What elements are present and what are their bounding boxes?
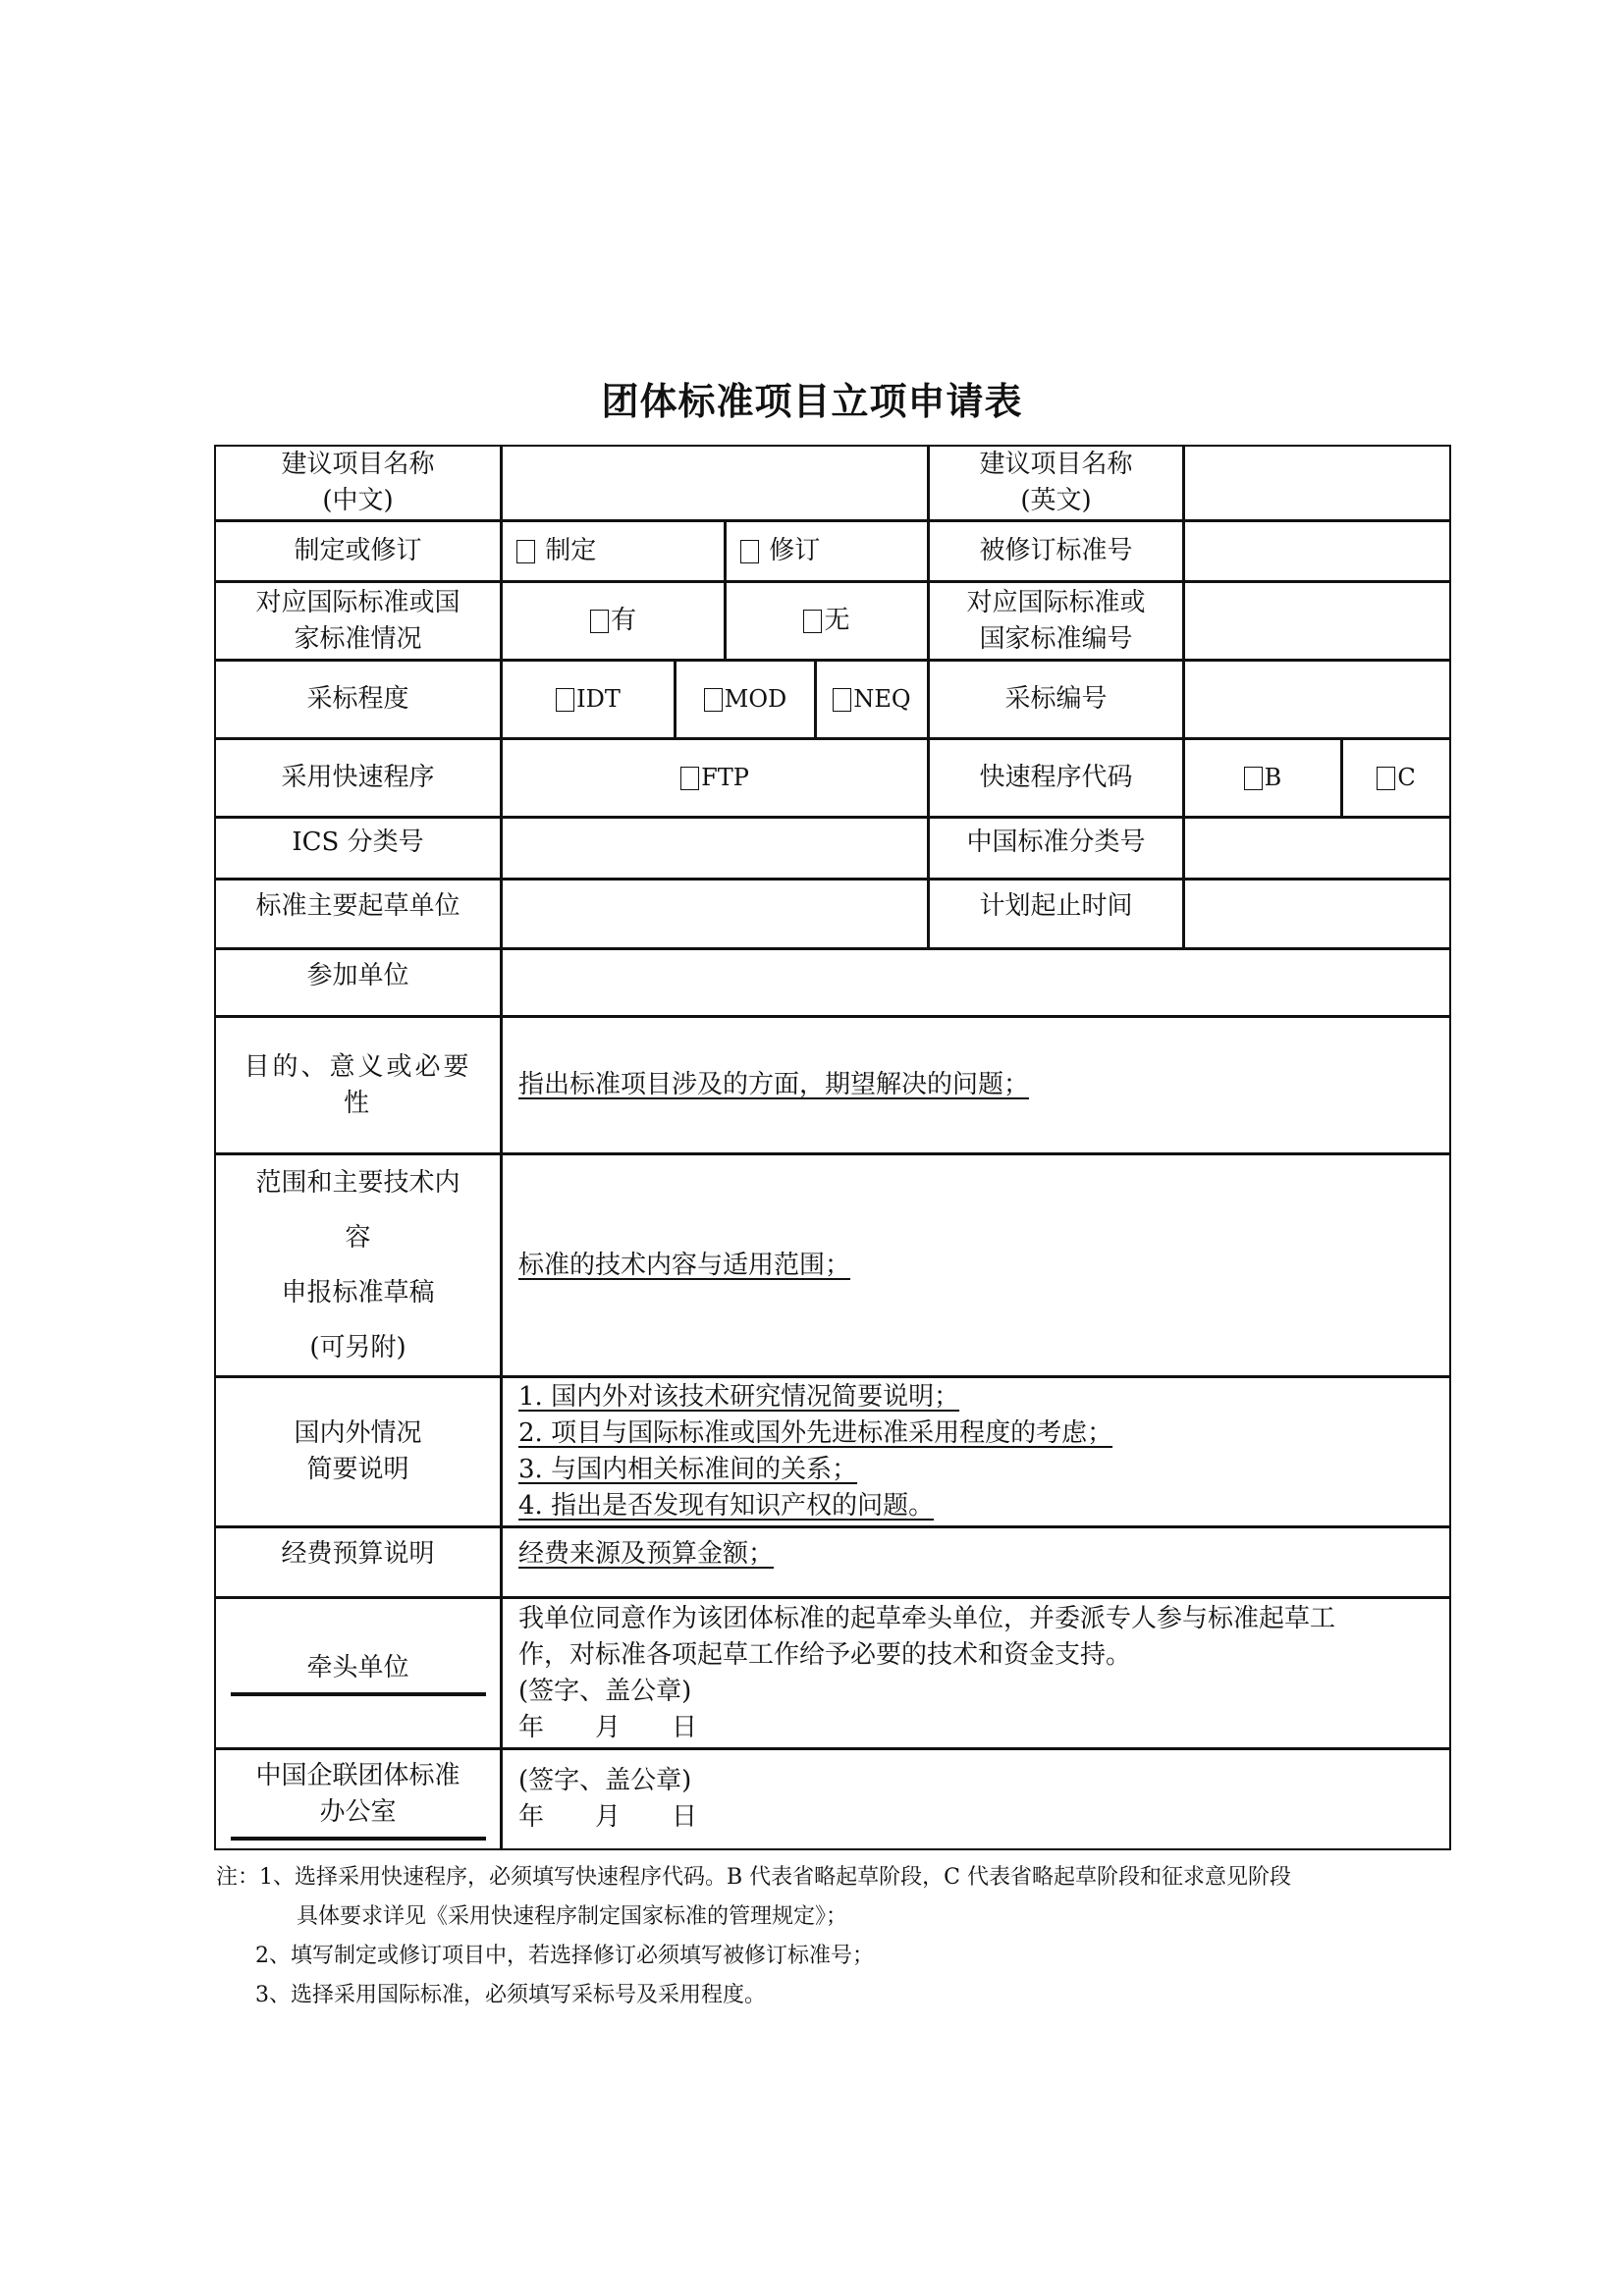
label-line: 申报标准草稿: [281, 1265, 434, 1320]
label-intl-standard: 对应国际标准或国 家标准情况: [214, 581, 502, 661]
checkbox-no-intl[interactable]: 无: [725, 581, 929, 661]
note-line: 2、填写制定或修订项目中，若选择修订必须填写被修订标准号；: [216, 1937, 1291, 1976]
signature-seal-label: (签字、盖公章): [518, 1674, 691, 1710]
situation-item: 3. 与国内相关标准间的关系；: [518, 1452, 857, 1488]
footnotes: 注：1、选择采用快速程序，必须填写快速程序代码。B 代表省略起草阶段，C 代表省…: [216, 1858, 1291, 2015]
label-office: 中国企联团体标准 办公室: [214, 1748, 502, 1850]
checkbox-label: 制定: [545, 533, 596, 569]
label-line: 国家标准编号: [979, 621, 1132, 658]
checkbox-icon[interactable]: [680, 767, 699, 790]
checkbox-label: B: [1265, 760, 1282, 796]
intl-code-field[interactable]: [1183, 581, 1451, 661]
office-field[interactable]: (签字、盖公章) 年 月 日: [501, 1748, 1451, 1850]
label-purpose: 目的、意义或必要 性: [214, 1016, 502, 1154]
checkbox-icon[interactable]: [516, 540, 535, 563]
label-line: 简要说明: [306, 1452, 408, 1488]
scope-hint: 标准的技术内容与适用范围；: [518, 1248, 850, 1284]
label-lead-unit: 牵头单位: [214, 1597, 502, 1749]
project-name-en-field[interactable]: [1183, 445, 1451, 521]
checkbox-label: NEQ: [853, 681, 910, 718]
label-line: 国内外情况: [294, 1415, 421, 1452]
checkbox-label: 修订: [769, 533, 820, 569]
label-line: 中国企联团体标准: [255, 1758, 460, 1794]
adoption-code-field[interactable]: [1183, 660, 1451, 739]
note-line: 注：1、选择采用快速程序，必须填写快速程序代码。B 代表省略起草阶段，C 代表省…: [216, 1858, 1291, 1897]
lead-unit-label: 牵头单位: [231, 1650, 486, 1696]
page-title: 团体标准项目立项申请表: [0, 371, 1624, 425]
situation-item: 4. 指出是否发现有知识产权的问题。: [518, 1488, 934, 1524]
label-planned-period: 计划起止时间: [928, 879, 1184, 949]
budget-hint: 经费来源及预算金额；: [518, 1536, 774, 1573]
situation-field[interactable]: 1. 国内外对该技术研究情况简要说明； 2. 项目与国际标准或国外先进标准采用程…: [501, 1376, 1451, 1527]
checkbox-icon[interactable]: [1377, 767, 1395, 790]
checkbox-icon[interactable]: [803, 610, 822, 633]
revised-standard-field[interactable]: [1183, 520, 1451, 582]
checkbox-icon[interactable]: [1244, 767, 1263, 790]
note-line: 具体要求详见《采用快速程序制定国家标准的管理规定》；: [216, 1897, 1291, 1937]
date-label: 年 月 日: [518, 1799, 697, 1836]
label-revised-standard: 被修订标准号: [928, 520, 1184, 582]
label-project-name-cn: 建议项目名称 (中文): [214, 445, 502, 521]
label-line: 建议项目名称: [281, 447, 434, 483]
ics-field[interactable]: [501, 817, 929, 880]
label-line: 对应国际标准或: [966, 585, 1145, 621]
checkbox-code-c[interactable]: C: [1341, 738, 1451, 818]
checkbox-mod[interactable]: MOD: [675, 660, 816, 739]
label-line: 对应国际标准或国: [255, 585, 460, 621]
checkbox-code-b[interactable]: B: [1183, 738, 1342, 818]
signature-seal-label: (签字、盖公章): [518, 1763, 691, 1799]
label-scope: 范围和主要技术内 容 申报标准草稿 (可另附): [214, 1153, 502, 1377]
label-line: (可另附): [309, 1320, 406, 1375]
planned-period-field[interactable]: [1183, 879, 1451, 949]
checkbox-idt[interactable]: IDT: [501, 660, 676, 739]
label-line: 目的、意义或必要: [244, 1049, 471, 1086]
lead-statement-line: 作，对标准各项起草工作给予必要的技术和资金支持。: [518, 1637, 1131, 1674]
label-ccs: 中国标准分类号: [928, 817, 1184, 880]
label-type: 制定或修订: [214, 520, 502, 582]
label-line: 范围和主要技术内: [255, 1155, 460, 1210]
budget-field[interactable]: 经费来源及预算金额；: [501, 1526, 1451, 1598]
purpose-field[interactable]: 指出标准项目涉及的方面，期望解决的问题；: [501, 1016, 1451, 1154]
label-intl-code: 对应国际标准或 国家标准编号: [928, 581, 1184, 661]
label-budget: 经费预算说明: [214, 1526, 502, 1598]
checkbox-label: 无: [824, 603, 849, 639]
label-line: 办公室: [231, 1794, 486, 1841]
label-situation: 国内外情况 简要说明: [214, 1376, 502, 1527]
label-line: 容: [345, 1210, 370, 1265]
checkbox-has-intl[interactable]: 有: [501, 581, 726, 661]
situation-item: 2. 项目与国际标准或国外先进标准采用程度的考虑；: [518, 1415, 1112, 1452]
label-line: (英文): [1020, 483, 1091, 519]
scope-field[interactable]: 标准的技术内容与适用范围；: [501, 1153, 1451, 1377]
note-line: 3、选择采用国际标准，必须填写采标号及采用程度。: [216, 1976, 1291, 2015]
project-name-cn-field[interactable]: [501, 445, 929, 521]
label-line: 性: [344, 1086, 372, 1122]
lead-statement-line: 我单位同意作为该团体标准的起草牵头单位，并委派专人参与标准起草工: [518, 1601, 1335, 1637]
checkbox-icon[interactable]: [833, 688, 851, 712]
participants-field[interactable]: [501, 948, 1451, 1017]
label-main-drafter: 标准主要起草单位: [214, 879, 502, 949]
label-ics: ICS 分类号: [214, 817, 502, 880]
main-drafter-field[interactable]: [501, 879, 929, 949]
label-line: (中文): [322, 483, 393, 519]
checkbox-label: 有: [611, 603, 636, 639]
ccs-field[interactable]: [1183, 817, 1451, 880]
label-line: 家标准情况: [294, 621, 421, 658]
purpose-hint: 指出标准项目涉及的方面，期望解决的问题；: [518, 1067, 1029, 1103]
checkbox-formulate[interactable]: 制定: [501, 520, 726, 582]
date-label: 年 月 日: [518, 1710, 697, 1746]
checkbox-label: FTP: [701, 760, 749, 796]
checkbox-revise[interactable]: 修订: [725, 520, 929, 582]
checkbox-icon[interactable]: [590, 610, 609, 633]
checkbox-label: C: [1397, 760, 1415, 796]
label-line: 建议项目名称: [979, 447, 1132, 483]
label-adoption-code: 采标编号: [928, 660, 1184, 739]
situation-item: 1. 国内外对该技术研究情况简要说明；: [518, 1379, 959, 1415]
label-participants: 参加单位: [214, 948, 502, 1017]
checkbox-icon[interactable]: [740, 540, 759, 563]
checkbox-label: MOD: [725, 681, 787, 718]
checkbox-neq[interactable]: NEQ: [815, 660, 929, 739]
label-adoption-degree: 采标程度: [214, 660, 502, 739]
label-fast-track: 采用快速程序: [214, 738, 502, 818]
checkbox-ftp[interactable]: FTP: [501, 738, 929, 818]
lead-unit-field[interactable]: 我单位同意作为该团体标准的起草牵头单位，并委派专人参与标准起草工 作，对标准各项…: [501, 1597, 1451, 1749]
checkbox-label: IDT: [576, 681, 621, 718]
checkbox-icon[interactable]: [556, 688, 574, 712]
checkbox-icon[interactable]: [704, 688, 723, 712]
label-project-name-en: 建议项目名称 (英文): [928, 445, 1184, 521]
label-fast-track-code: 快速程序代码: [928, 738, 1184, 818]
